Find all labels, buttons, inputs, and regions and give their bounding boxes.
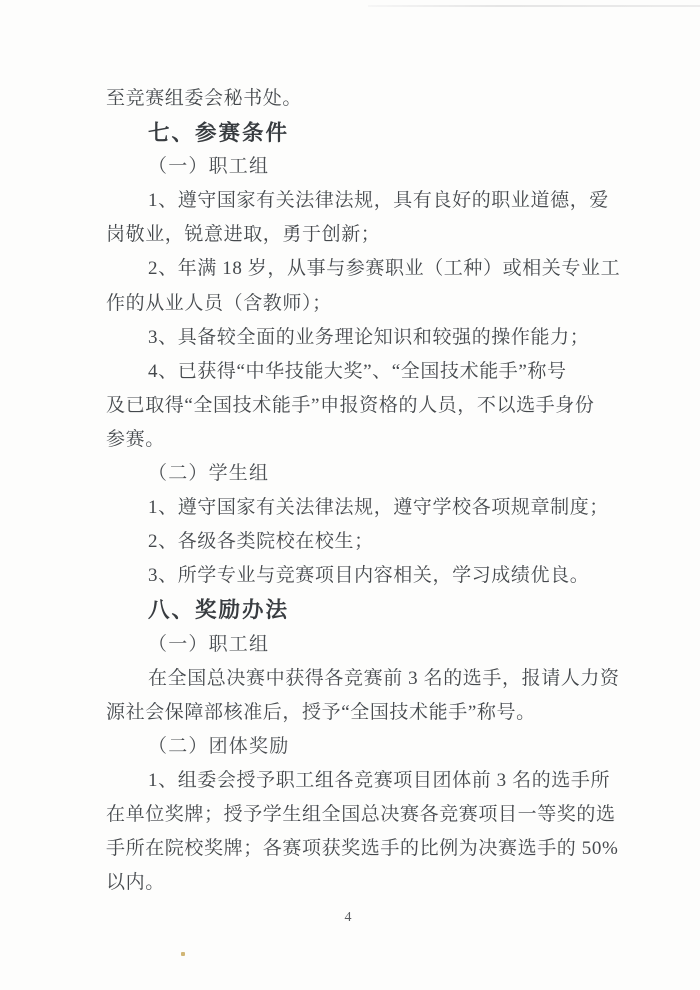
- document-page: 至竞赛组委会秘书处。 七、参赛条件 （一）职工组 1、遵守国家有关法律法规，具有…: [0, 0, 700, 990]
- body-line: 1、遵守国家有关法律法规，具有良好的职业道德，爱: [106, 184, 636, 218]
- body-line: 在全国总决赛中获得各竞赛前 3 名的选手，报请人力资: [106, 662, 636, 696]
- subsection-heading: （一）职工组: [106, 628, 636, 662]
- body-line: 3、所学专业与竞赛项目内容相关，学习成绩优良。: [106, 559, 636, 593]
- body-line: 4、已获得“中华技能大奖”、“全国技术能手”称号: [106, 355, 636, 389]
- body-line: 及已取得“全国技术能手”申报资格的人员，不以选手身份: [106, 389, 636, 423]
- section-heading-7: 七、参赛条件: [106, 116, 636, 150]
- subsection-heading: （一）职工组: [106, 150, 636, 184]
- body-line: 2、年满 18 岁，从事与参赛职业（工种）或相关专业工: [106, 252, 636, 286]
- body-line: 参赛。: [106, 423, 636, 457]
- subsection-heading: （二）学生组: [106, 457, 636, 491]
- scan-artifact-line: [368, 5, 700, 7]
- scan-speck: [181, 952, 185, 956]
- page-number: 4: [0, 908, 696, 928]
- paragraph-continuation: 至竞赛组委会秘书处。: [106, 82, 636, 116]
- body-line: 作的从业人员（含教师）；: [106, 287, 636, 321]
- body-line: 在单位奖牌；授予学生组全国总决赛各竞赛项目一等奖的选: [106, 798, 636, 832]
- body-line: 源社会保障部核准后，授予“全国技术能手”称号。: [106, 696, 636, 730]
- body-line: 2、各级各类院校在校生；: [106, 525, 636, 559]
- body-line: 1、组委会授予职工组各竞赛项目团体前 3 名的选手所: [106, 764, 636, 798]
- body-line: 1、遵守国家有关法律法规，遵守学校各项规章制度；: [106, 491, 636, 525]
- body-line: 3、具备较全面的业务理论知识和较强的操作能力；: [106, 321, 636, 355]
- body-line: 以内。: [106, 866, 636, 900]
- subsection-heading: （二）团体奖励: [106, 730, 636, 764]
- body-line: 岗敬业，锐意进取，勇于创新；: [106, 218, 636, 252]
- section-heading-8: 八、奖励办法: [106, 593, 636, 627]
- body-line: 手所在院校奖牌；各赛项获奖选手的比例为决赛选手的 50%: [106, 832, 636, 866]
- document-body: 至竞赛组委会秘书处。 七、参赛条件 （一）职工组 1、遵守国家有关法律法规，具有…: [106, 82, 636, 900]
